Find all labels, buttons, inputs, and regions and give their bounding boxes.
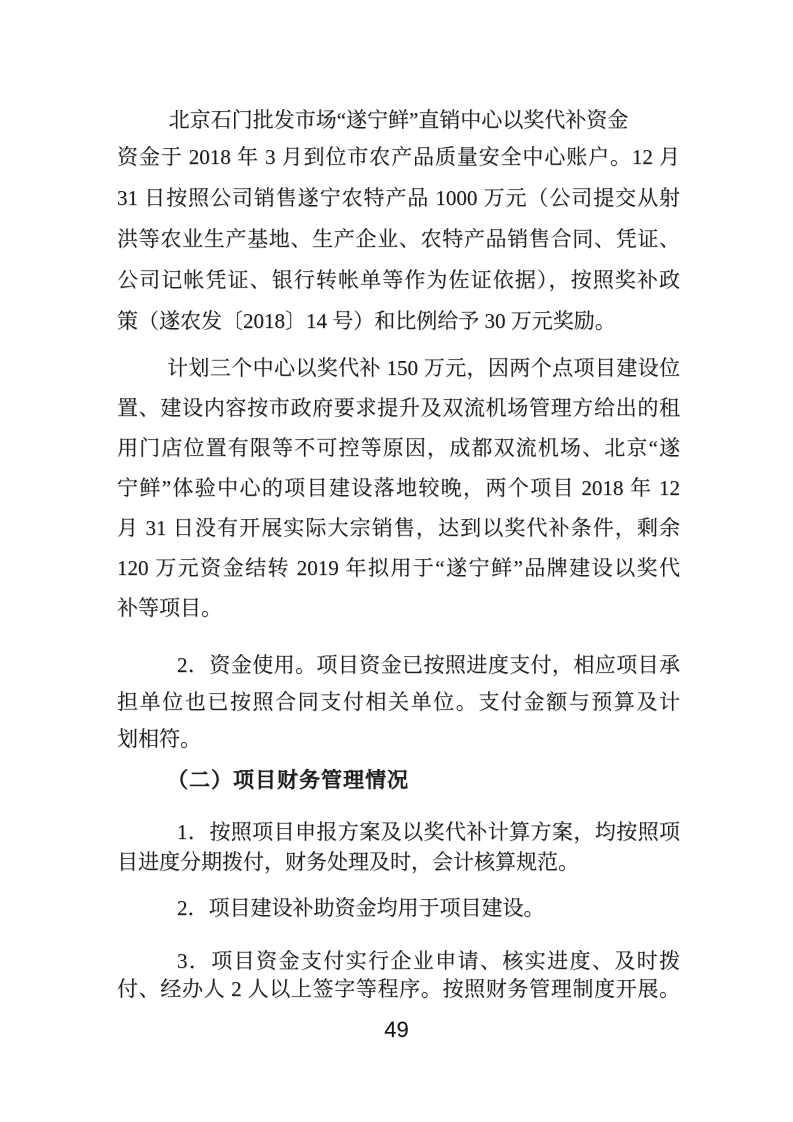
fund-usage-paragraph: 2．资金使用。项目资金已按照进度支付，相应项目承 担单位也已按照合同支付相关单位… [117, 647, 680, 758]
doc-line: 31 日按照公司销售遂宁农特产品 1000 万元（公司提交从射 [117, 178, 680, 219]
doc-line: 120 万元资金结转 2019 年拟用于“遂宁鲜”品牌建设以奖代 [117, 548, 680, 588]
funding-paragraph: 资金于 2018 年 3 月到位市农产品质量安全中心账户。12 月 31 日按照… [117, 137, 680, 342]
doc-line: 策（遂农发〔2018〕14 号）和比例给予 30 万元奖励。 [117, 301, 680, 342]
doc-line: 月 31 日没有开展实际大宗销售，达到以奖代补条件，剩余 [117, 508, 680, 548]
doc-line: 2．项目建设补助资金均用于项目建设。 [117, 888, 680, 929]
doc-line: 置、建设内容按市政府要求提升及双流机场管理方给出的租 [117, 388, 680, 428]
doc-line: 公司记帐凭证、银行转帐单等作为佐证依据），按照奖补政 [117, 260, 680, 301]
title-continuation-paragraph: 北京石门批发市场“遂宁鲜”直销中心以奖代补资金 [117, 100, 680, 141]
doc-line: 付、经办人 2 人以上签字等程序。按照财务管理制度开展。 [117, 975, 680, 1003]
doc-line: 洪等农业生产基地、生产企业、农特产品销售合同、凭证、 [117, 219, 680, 260]
doc-line-title: 北京石门批发市场“遂宁鲜”直销中心以奖代补资金 [117, 100, 680, 141]
doc-line: 补等项目。 [117, 588, 680, 628]
plan-paragraph: 计划三个中心以奖代补 150 万元，因两个点项目建设位 置、建设内容按市政府要求… [117, 348, 680, 628]
finance-item-1-paragraph: 1．按照项目申报方案及以奖代补计算方案，均按照项 目进度分期拨付，财务处理及时，… [117, 817, 680, 877]
doc-line: 3．项目资金支付实行企业申请、核实进度、及时拨 [117, 947, 680, 975]
doc-line: 划相符。 [117, 721, 680, 758]
doc-line: 2．资金使用。项目资金已按照进度支付，相应项目承 [117, 647, 680, 684]
doc-line: 用门店位置有限等不可控等原因，成都双流机场、北京“遂 [117, 428, 680, 468]
section-heading: （二）项目财务管理情况 [117, 760, 680, 801]
doc-line: 担单位也已按照合同支付相关单位。支付金额与预算及计 [117, 684, 680, 721]
doc-line: 计划三个中心以奖代补 150 万元，因两个点项目建设位 [117, 348, 680, 388]
finance-item-2-paragraph: 2．项目建设补助资金均用于项目建设。 [117, 888, 680, 929]
document-page: 北京石门批发市场“遂宁鲜”直销中心以奖代补资金 资金于 2018 年 3 月到位… [0, 0, 793, 1122]
doc-line: 资金于 2018 年 3 月到位市农产品质量安全中心账户。12 月 [117, 137, 680, 178]
finance-item-3-paragraph: 3．项目资金支付实行企业申请、核实进度、及时拨 付、经办人 2 人以上签字等程序… [117, 947, 680, 1003]
doc-line: 目进度分期拨付，财务处理及时，会计核算规范。 [117, 847, 680, 877]
page-number: 49 [0, 1017, 793, 1043]
section-heading-text: （二）项目财务管理情况 [117, 760, 680, 801]
doc-line: 1．按照项目申报方案及以奖代补计算方案，均按照项 [117, 817, 680, 847]
doc-line: 宁鲜”体验中心的项目建设落地较晚，两个项目 2018 年 12 [117, 468, 680, 508]
